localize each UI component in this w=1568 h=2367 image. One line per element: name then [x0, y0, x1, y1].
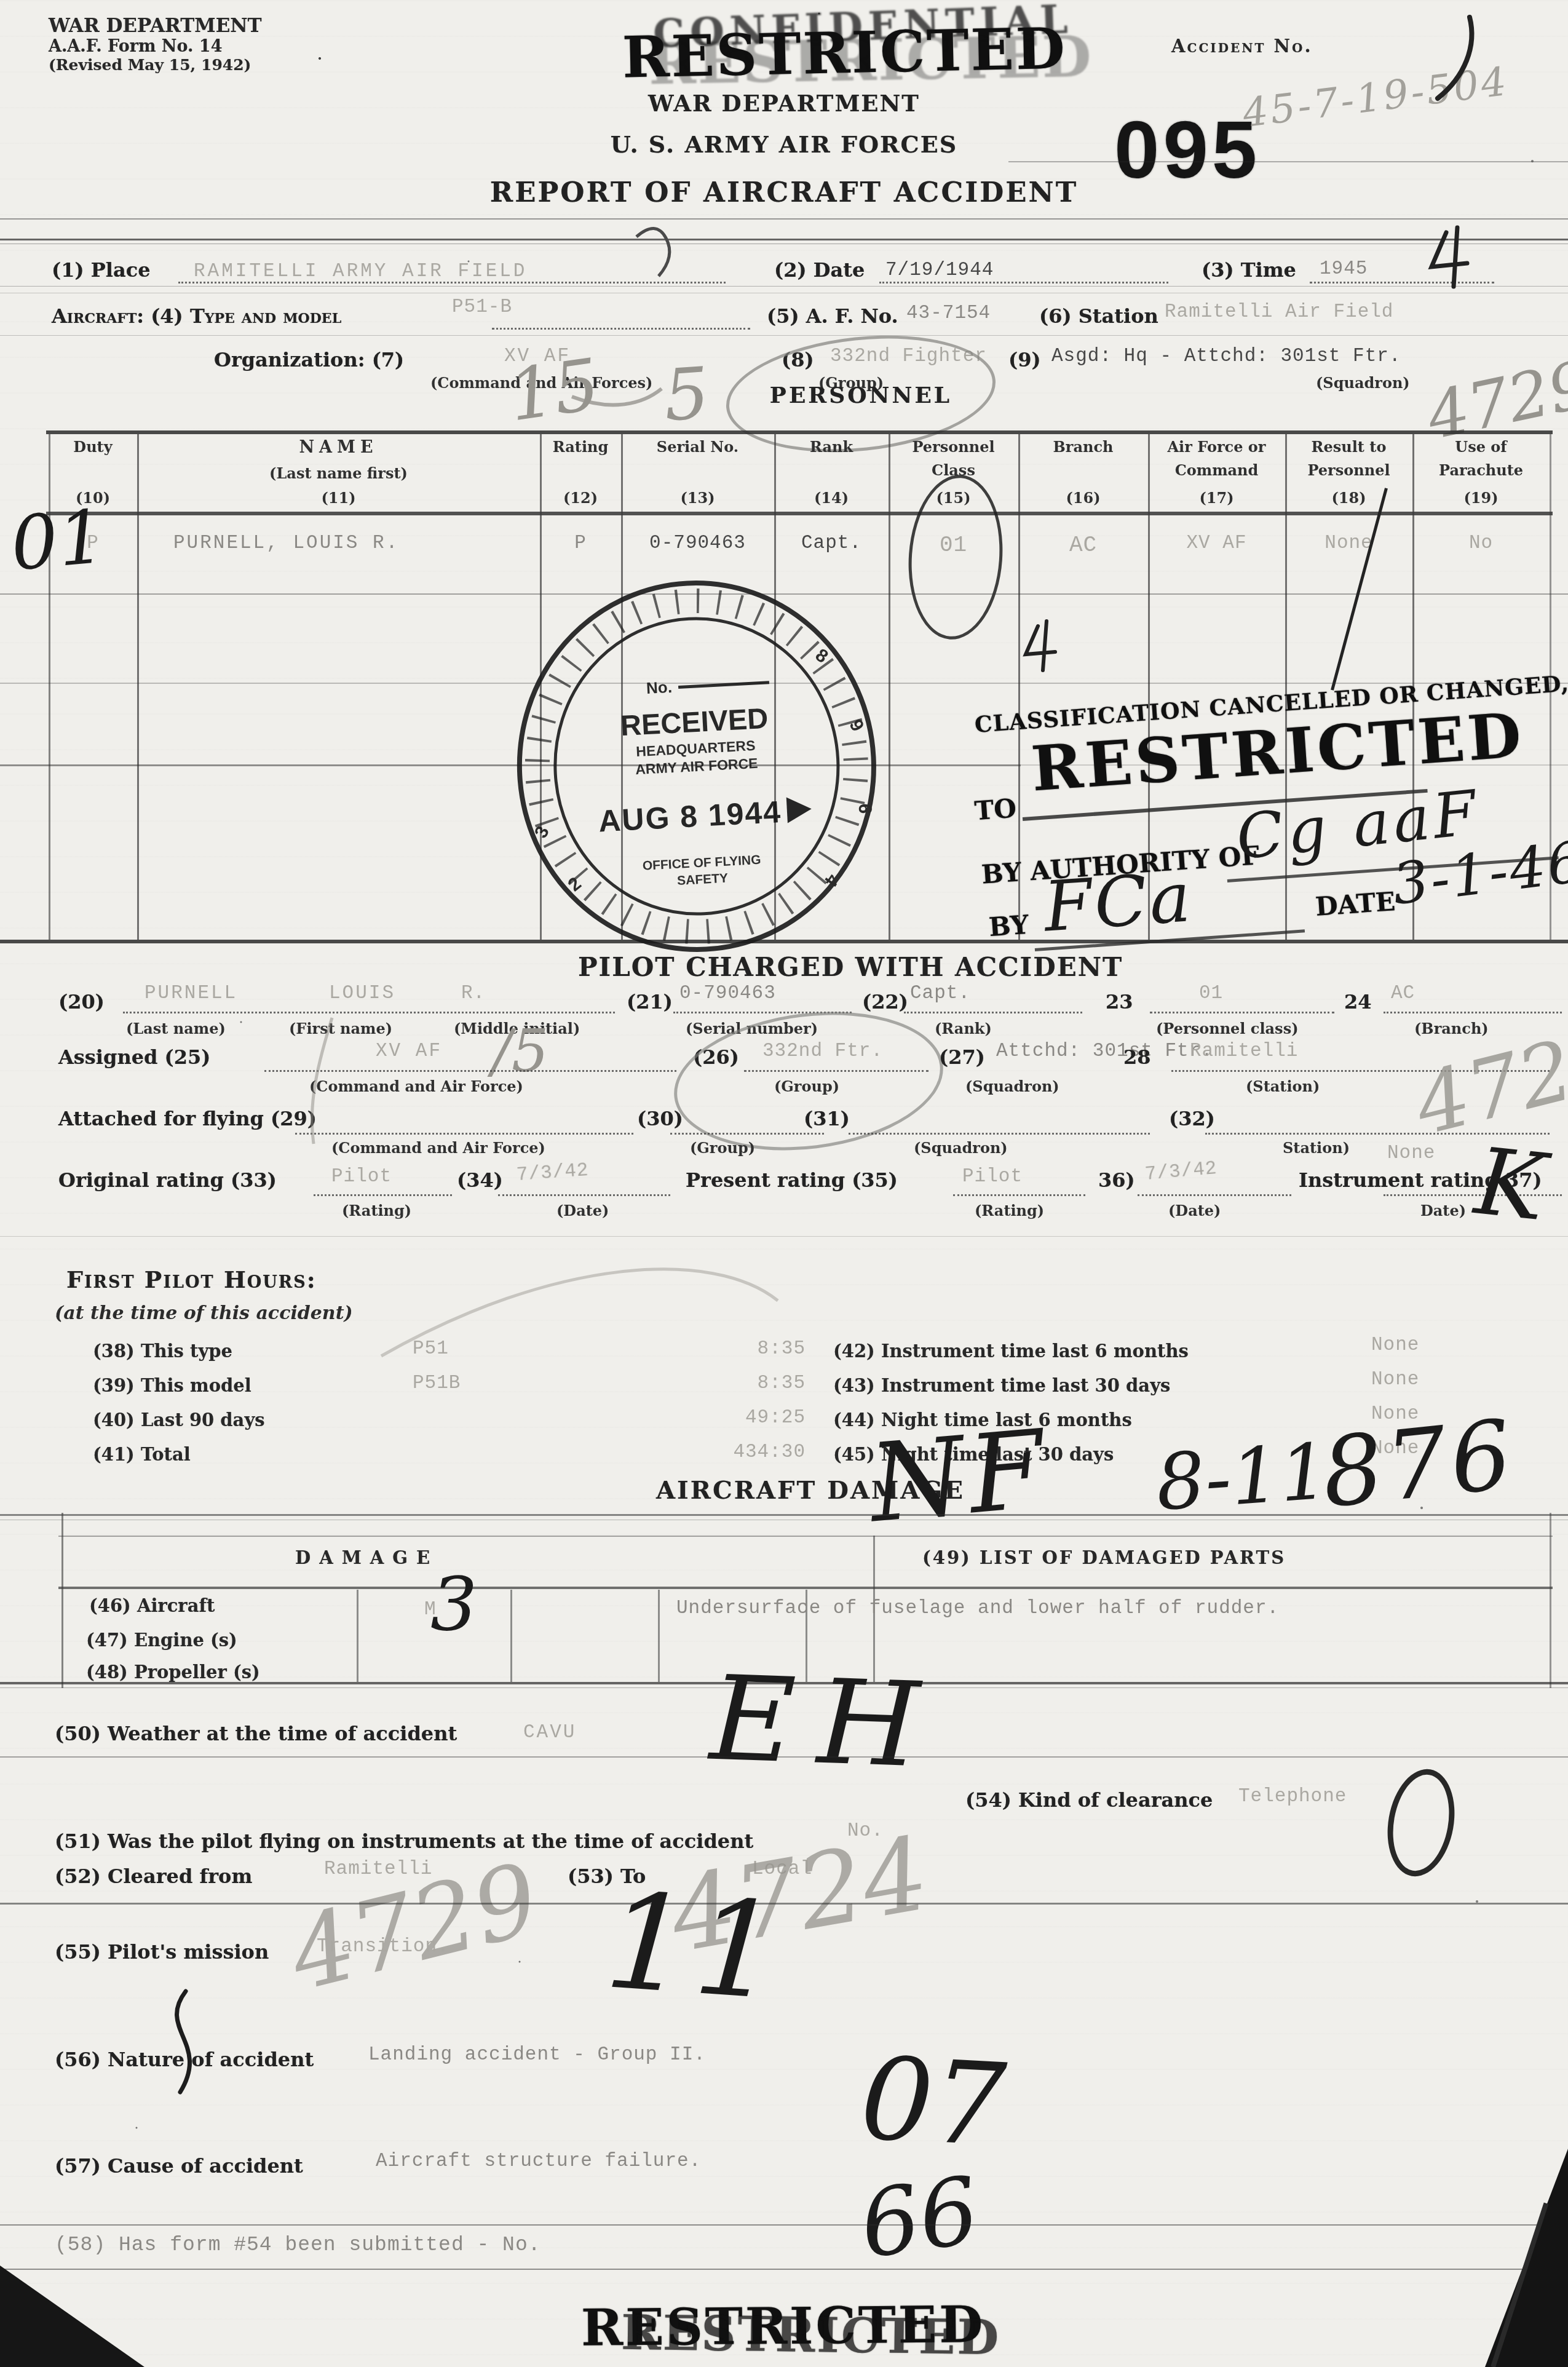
pen-4-time [1431, 228, 1467, 287]
pen-squiggle-place [636, 228, 670, 276]
handwriting-scribbles-overlay [0, 0, 1568, 2367]
pen-hook-top-right [1438, 17, 1471, 98]
pencil-sweep-org [572, 389, 662, 405]
pen-4-stamp [1026, 621, 1055, 670]
pen-s-curve [177, 1991, 190, 2092]
pencil-arc-hours [381, 1269, 778, 1356]
pencil-stroke-assigned [312, 1018, 332, 1144]
scanned-accident-report-page: WAR DEPARTMENT A.A.F. Form No. 14 (Revis… [0, 0, 1568, 2367]
